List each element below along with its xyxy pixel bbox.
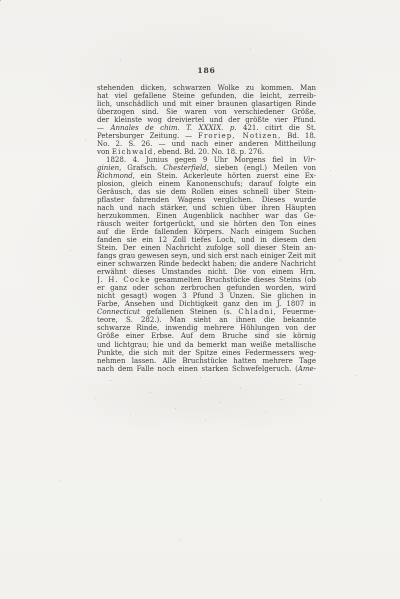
text-line: und lichtgrau; hie und da bemerkt man we… bbox=[97, 341, 316, 349]
text-segment: hat viel gefallene Steine gefunden, die … bbox=[97, 92, 316, 100]
text-line: Richmond, ein Stein. Ackerleute hörten z… bbox=[97, 172, 316, 180]
text-segment: Annales de chim. T. XXXIX. p. bbox=[110, 124, 236, 132]
text-segment: Punkte, die sich mit der Spitze eines Fe… bbox=[97, 349, 316, 357]
text-line: — Annales de chim. T. XXXIX. p. 421. cit… bbox=[97, 124, 316, 132]
text-line: 1828. 4. Junius gegen 9 Uhr Morgens fiel… bbox=[97, 156, 316, 164]
text-line: der kleinste wog dreiviertel und der grö… bbox=[97, 116, 316, 124]
text-segment: pflaster fahrenden Wagens verglichen. Di… bbox=[97, 196, 316, 204]
text-segment: einer schwarzen Rinde bedeckt haben; die… bbox=[97, 260, 316, 268]
text-line: pflaster fahrenden Wagens verglichen. Di… bbox=[97, 196, 316, 204]
text-segment: nach und nach stärker, und schien über i… bbox=[97, 204, 316, 212]
page-number: 186 bbox=[97, 66, 316, 75]
text-segment: Ame- bbox=[298, 365, 316, 373]
text-line: plosion, gleich einem Kanonenschufs; dar… bbox=[97, 180, 316, 188]
text-line: nach und nach stärker, und schien über i… bbox=[97, 204, 316, 212]
text-line: er ganz oder schon zerbrochen gefunden w… bbox=[97, 284, 316, 292]
text-segment: teore, S. 282.). Man sieht an ihnen die … bbox=[97, 316, 316, 324]
text-line: einer schwarzen Rinde bedeckt haben; die… bbox=[97, 260, 316, 268]
page-text: stehenden dicken, schwarzen Wolke zu kom… bbox=[97, 84, 316, 373]
text-segment: , Grafsch. bbox=[119, 164, 163, 172]
text-segment: gefallenen Steinen (s. bbox=[140, 308, 238, 316]
text-line: Connecticut gefallenen Steinen (s. Chlad… bbox=[97, 308, 316, 316]
text-segment: lich, unschädlich und mit einer braunen … bbox=[97, 100, 316, 108]
text-segment: No. 2. S. 26. — und nach einer anderen M… bbox=[97, 140, 316, 148]
text-segment: ginien bbox=[97, 164, 119, 172]
text-segment: Vir- bbox=[303, 156, 316, 164]
text-segment: fangs grau gewesen seyn, und sich erst n… bbox=[97, 252, 316, 260]
text-line: nicht gesagt) wogen 3 Pfund 3 Unzen. Sie… bbox=[97, 292, 316, 300]
text-line: von Eichwald, ebend. Bd. 20. No. 18. p. … bbox=[97, 148, 316, 156]
text-segment: Geräusch, das sie dem Rollen eines schne… bbox=[97, 188, 316, 196]
text-line: fangs grau gewesen seyn, und sich erst n… bbox=[97, 252, 316, 260]
text-segment: Petersburger Zeitung. — bbox=[97, 132, 198, 140]
text-segment: und lichtgrau; hie und da bemerkt man we… bbox=[97, 341, 316, 349]
text-segment: auf die Erde fallenden Körpers. Nach ein… bbox=[97, 228, 316, 236]
text-segment: von bbox=[97, 148, 112, 156]
text-segment: Bd. 18. bbox=[281, 132, 316, 140]
text-line: stehenden dicken, schwarzen Wolke zu kom… bbox=[97, 84, 316, 92]
text-segment: , sieben (engl.) Meilen von bbox=[207, 164, 316, 172]
text-segment: räusch weiter fortgerückt, und sie hörte… bbox=[97, 220, 316, 228]
text-segment: schwarze Rinde, inwendig mehrere Höhlung… bbox=[97, 324, 316, 332]
text-line: erwähnt dieses Umstandes nicht. Die von … bbox=[97, 268, 316, 276]
text-line: schwarze Rinde, inwendig mehrere Höhlung… bbox=[97, 324, 316, 332]
text-segment: , ebend. Bd. 20. No. 18. p. 276. bbox=[153, 148, 264, 156]
text-line: überzogen sind. Sie waren von verschiede… bbox=[97, 108, 316, 116]
text-line: nehmen lassen. Alle Bruchstücke hatten m… bbox=[97, 357, 316, 365]
text-segment: stehenden dicken, schwarzen Wolke zu kom… bbox=[97, 84, 316, 92]
scan-noise bbox=[0, 0, 1, 1]
text-segment: Connecticut bbox=[97, 308, 140, 316]
text-segment: erwähnt dieses Umstandes nicht. Die von … bbox=[97, 268, 316, 276]
text-line: J. H. Cocke gesammelten Bruchstücke dies… bbox=[97, 276, 316, 284]
text-line: hat viel gefallene Steine gefunden, die … bbox=[97, 92, 316, 100]
text-line: Größe einer Erbse. Auf dem Bruche sind s… bbox=[97, 332, 316, 340]
text-segment: fanden sie ein 12 Zoll tiefes Loch, und … bbox=[97, 236, 316, 244]
text-segment: Froriep, Notizen, bbox=[198, 132, 281, 140]
text-segment: überzogen sind. Sie waren von verschiede… bbox=[97, 108, 316, 116]
text-segment: Richmond bbox=[97, 172, 133, 180]
text-segment: plosion, gleich einem Kanonenschufs; dar… bbox=[97, 180, 316, 188]
text-line: Punkte, die sich mit der Spitze eines Fe… bbox=[97, 349, 316, 357]
text-line: fanden sie ein 12 Zoll tiefes Loch, und … bbox=[97, 236, 316, 244]
text-segment: herzukommen. Einen Augenblick nachher wa… bbox=[97, 212, 316, 220]
text-line: No. 2. S. 26. — und nach einer anderen M… bbox=[97, 140, 316, 148]
text-segment: Chesterfield bbox=[163, 164, 206, 172]
text-line: nach dem Falle noch einen starken Schwef… bbox=[97, 365, 316, 373]
text-line: teore, S. 282.). Man sieht an ihnen die … bbox=[97, 316, 316, 324]
book-page: 186 stehenden dicken, schwarzen Wolke zu… bbox=[0, 0, 400, 599]
text-line: herzukommen. Einen Augenblick nachher wa… bbox=[97, 212, 316, 220]
text-segment: er ganz oder schon zerbrochen gefunden w… bbox=[97, 284, 316, 292]
text-segment: 421. citirt die St. bbox=[237, 124, 316, 132]
text-line: lich, unschädlich und mit einer braunen … bbox=[97, 100, 316, 108]
text-segment: Größe einer Erbse. Auf dem Bruche sind s… bbox=[97, 332, 316, 340]
text-line: Stein. Der einen Nachricht zufolge soll … bbox=[97, 244, 316, 252]
text-segment: Chladni bbox=[238, 308, 273, 316]
text-segment: Stein. Der einen Nachricht zufolge soll … bbox=[97, 244, 316, 252]
text-segment: gesammelten Bruchstücke dieses Steins (o… bbox=[151, 276, 316, 284]
text-segment: nach dem Falle noch einen starken Schwef… bbox=[97, 365, 298, 373]
text-segment: , ein Stein. Ackerleute hörten zuerst ei… bbox=[133, 172, 316, 180]
text-line: Geräusch, das sie dem Rollen eines schne… bbox=[97, 188, 316, 196]
text-line: räusch weiter fortgerückt, und sie hörte… bbox=[97, 220, 316, 228]
text-segment: , Feuerme- bbox=[274, 308, 316, 316]
text-line: Petersburger Zeitung. — Froriep, Notizen… bbox=[97, 132, 316, 140]
text-segment: nicht gesagt) wogen 3 Pfund 3 Unzen. Sie… bbox=[97, 292, 316, 300]
text-segment: der kleinste wog dreiviertel und der grö… bbox=[97, 116, 316, 124]
text-line: Farbe, Ansehen und Dichtigkeit ganz den … bbox=[97, 300, 316, 308]
text-segment: J. H. Cocke bbox=[97, 276, 151, 284]
text-segment: 1828. 4. Junius gegen 9 Uhr Morgens fiel… bbox=[106, 156, 303, 164]
text-segment: nehmen lassen. Alle Bruchstücke hatten m… bbox=[97, 357, 316, 365]
text-segment: Farbe, Ansehen und Dichtigkeit ganz den … bbox=[97, 300, 316, 308]
text-segment: — bbox=[97, 124, 110, 132]
text-segment: Eichwald bbox=[112, 148, 153, 156]
text-line: auf die Erde fallenden Körpers. Nach ein… bbox=[97, 228, 316, 236]
text-line: ginien, Grafsch. Chesterfield, sieben (e… bbox=[97, 164, 316, 172]
